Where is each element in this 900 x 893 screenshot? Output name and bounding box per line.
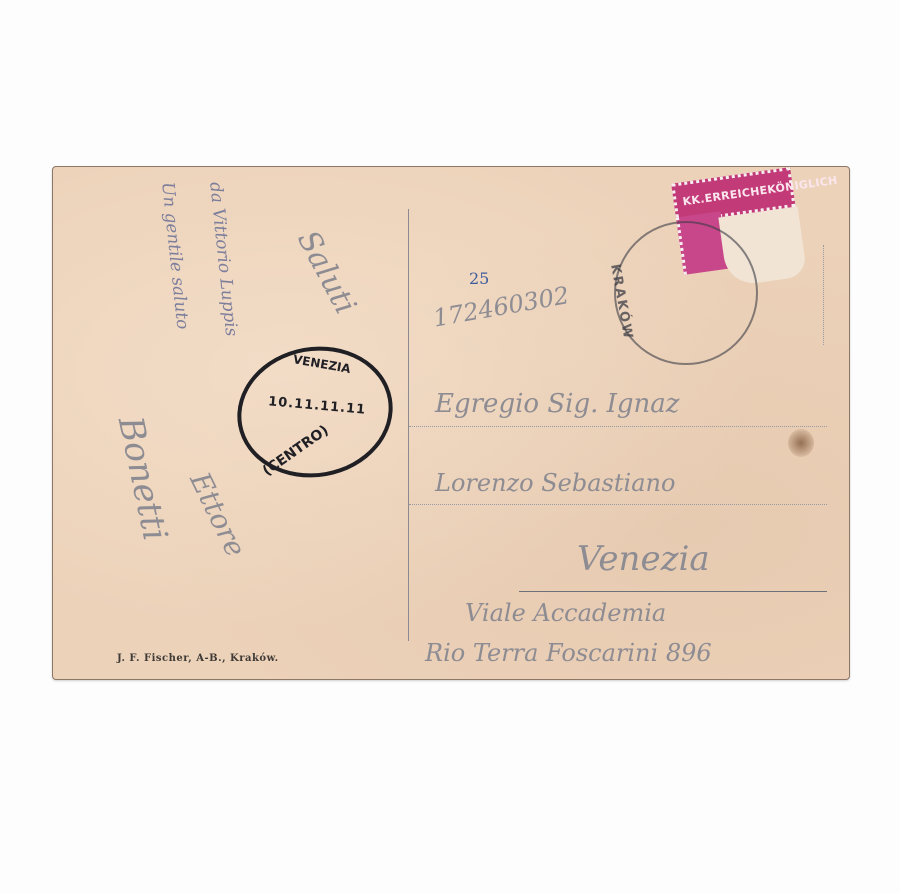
signature-bottom-left: Bonetti xyxy=(110,413,175,544)
center-divider xyxy=(408,209,409,641)
postmark-venezia: VENEZIA 10.11.11.11 (CENTRO) xyxy=(227,334,403,489)
address-line-dotted-1 xyxy=(409,426,827,427)
address-line-5: Rio Terra Foscarini 896 xyxy=(425,639,712,667)
stamp-inscription: KK.ERREICHEKÖNIGLICH xyxy=(682,174,838,209)
postmark-krakow: KRAKÓW xyxy=(614,221,758,365)
stamp-box-border xyxy=(823,245,824,345)
reference-number-blue: 25 xyxy=(469,269,489,288)
publisher-imprint: J. F. Fischer, A-B., Kraków. xyxy=(117,653,279,664)
message-line-2: da Vittorio Luppis xyxy=(205,181,241,337)
address-line-4: Viale Accademia xyxy=(465,599,666,627)
signature-bottom-mid: Ettore xyxy=(183,467,252,562)
postmark-krakow-city: KRAKÓW xyxy=(607,263,635,341)
address-line-dotted-2 xyxy=(409,504,827,505)
postcard-back: KK.ERREICHEKÖNIGLICH KRAKÓW VENEZIA 10.1… xyxy=(52,166,850,680)
address-line-2: Lorenzo Sebastiano xyxy=(435,469,675,497)
message-line-1: Un gentile saluto xyxy=(157,181,192,330)
reference-number-pencil: 172460302 xyxy=(431,281,571,332)
address-line-1: Egregio Sig. Ignaz xyxy=(435,389,679,419)
stain-mark xyxy=(788,429,814,457)
postmark-venezia-sub: (CENTRO) xyxy=(260,422,332,479)
address-line-3: Venezia xyxy=(577,539,710,579)
signature-diagonal: Saluti xyxy=(290,225,363,320)
postmark-venezia-city: VENEZIA xyxy=(292,352,352,376)
postmark-venezia-date: 10.11.11.11 xyxy=(268,394,367,418)
address-line-solid xyxy=(519,591,827,592)
